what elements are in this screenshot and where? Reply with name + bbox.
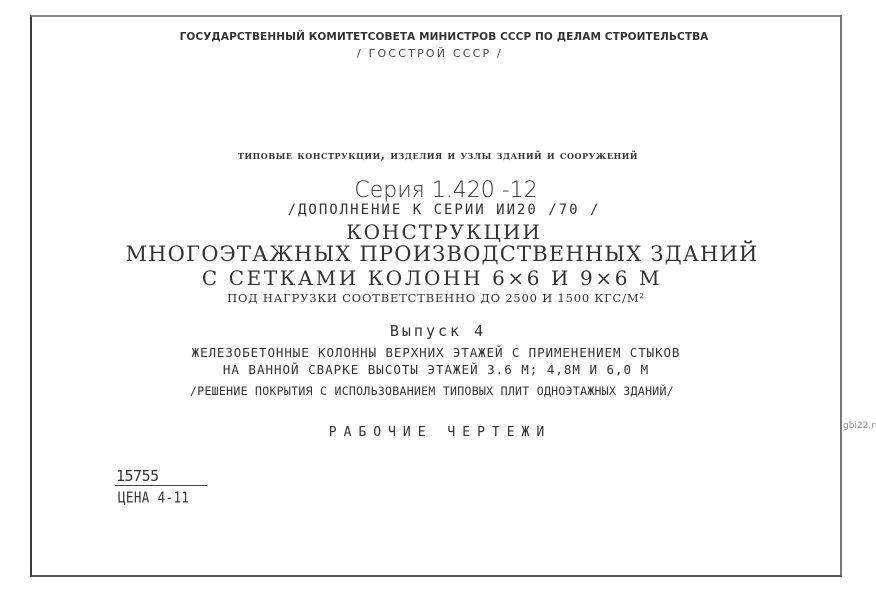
issue-description-line-1: ЖЕЛЕЗОБЕТОННЫЕ КОЛОННЫ ВЕРХНИХ ЭТАЖЕЙ С … [0, 345, 874, 360]
catalog-number: 15755 [115, 468, 207, 484]
series-number: Серия 1.420 -12 [8, 178, 876, 203]
subject-title-line-3: С СЕТКАМИ КОЛОНН 6×6 И 9×6 М [0, 266, 870, 290]
watermark: gbi22.ru [843, 421, 876, 431]
agency-short-name: / ГОССТРОЙ СССР / [0, 47, 868, 60]
catalog-price: ЦЕНА 4-11 [115, 488, 207, 506]
catalog-divider [115, 485, 207, 486]
issue-description-line-3: /РЕШЕНИЕ ПОКРЫТИЯ С ИСПОЛЬЗОВАНИЕМ ТИПОВ… [0, 384, 870, 398]
load-specification: ПОД НАГРУЗКИ СООТВЕТСТВЕННО ДО 2500 И 15… [0, 291, 874, 305]
series-supplement: /дополнение к серии ИИ20 /70 / [6, 202, 876, 218]
issuing-agency: ГОСУДАРСТВЕННЫЙ КОМИТЕТСОВЕТА МИНИСТРОВ … [6, 31, 876, 43]
subject-title-line-2: МНОГОЭТАЖНЫХ ПРОИЗВОДСТВЕННЫХ ЗДАНИЙ [4, 242, 876, 266]
document-category: типовые конструкции, изделия и узлы здан… [0, 148, 876, 162]
subject-title-line-1: КОНСТРУКЦИИ [6, 220, 876, 244]
catalog-stamp: 15755 ЦЕНА 4-11 [115, 468, 207, 503]
issue-description-line-2: НА ВАННОЙ СВАРКЕ ВЫСОТЫ ЭТАЖЕЙ 3.6 М; 4,… [0, 362, 874, 377]
document-type: РАБОЧИЕ ЧЕРТЕЖИ [2, 425, 876, 440]
issue-label: Выпуск 4 [0, 322, 876, 340]
